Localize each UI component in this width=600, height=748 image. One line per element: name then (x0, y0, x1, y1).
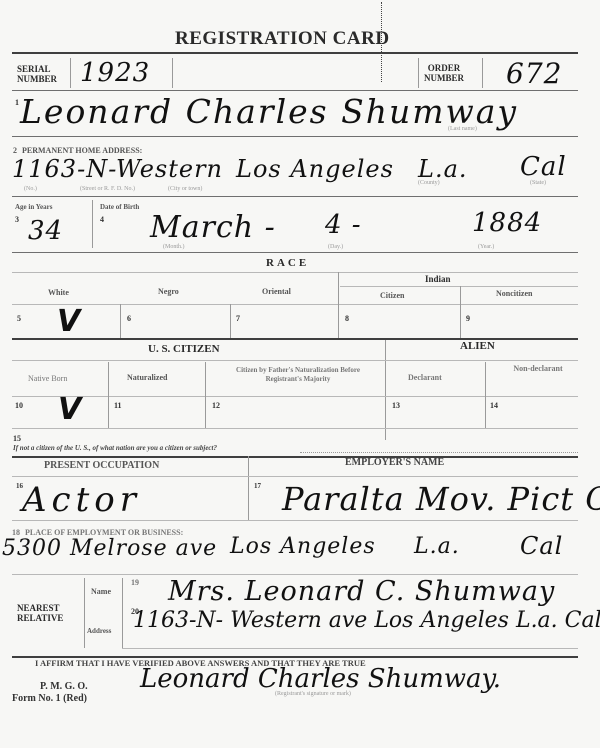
divider (70, 58, 71, 88)
race-col-negro: Negro (158, 287, 179, 296)
divider (12, 456, 578, 458)
dob-day: 4 - (325, 210, 362, 240)
serial-label-line: NUMBER (17, 74, 57, 84)
form-footer: P. M. G. O. Form No. 1 (Red) (38, 681, 88, 705)
home-address-label: PERMANENT HOME ADDRESS: (22, 146, 142, 155)
fold-line (381, 2, 382, 82)
relative-name-value: Mrs. Leonard C. Shumway (168, 576, 555, 607)
occupation-value: Actor (22, 480, 141, 520)
alien-col-non-declarant: Non-declarant (508, 364, 568, 373)
field-number: 9 (466, 314, 470, 323)
citizen-col-by-father: Citizen by Father's Naturalization Befor… (218, 366, 378, 384)
registration-card: REGISTRATION CARD SERIAL NUMBER 1923 ORD… (0, 0, 600, 748)
field-number: 12 (212, 401, 220, 410)
card-title: REGISTRATION CARD (175, 28, 390, 50)
divider (12, 136, 578, 137)
us-citizen-heading: U. S. CITIZEN (148, 343, 220, 355)
field-number: 7 (236, 314, 240, 323)
divider (12, 90, 578, 91)
divider (12, 396, 578, 397)
field-number: 4 (100, 215, 104, 224)
field-number: 14 (490, 401, 498, 410)
alien-heading: ALIEN (460, 340, 495, 352)
home-address-county: L.a. (418, 155, 468, 183)
relative-name-label: Name (91, 587, 111, 596)
divider (418, 58, 419, 88)
nearest-relative-label-line: NEAREST (17, 603, 63, 613)
serial-label-line: SERIAL (17, 64, 57, 74)
divider (12, 52, 578, 54)
home-address-city: Los Angeles (236, 155, 394, 183)
relative-address-value: 1163-N- Western ave Los Angeles L.a. Cal (133, 608, 600, 633)
order-label-line: NUMBER (424, 73, 464, 83)
last-name-sublabel: (Last name) (448, 126, 477, 132)
relative-address-label: Address (87, 627, 111, 635)
registrant-signature: Leonard Charles Shumway. (140, 664, 501, 694)
divider (205, 362, 206, 428)
serial-number-label: SERIAL NUMBER (17, 64, 57, 84)
divider (338, 272, 339, 338)
divider (108, 362, 109, 428)
indian-heading: Indian (425, 274, 451, 284)
field-number: 13 (392, 401, 400, 410)
home-address-street: 1163-N-Western (12, 155, 223, 183)
order-number-value: 672 (506, 57, 562, 90)
divider (12, 574, 578, 575)
age-label: Age in Years (15, 203, 52, 211)
dob-year: 1884 (472, 208, 542, 238)
field-number: 17 (254, 482, 261, 490)
footer-line: Form No. 1 (Red) (12, 693, 88, 705)
field-number: 10 (15, 401, 23, 410)
employment-state: Cal (520, 532, 563, 560)
divider (12, 428, 578, 429)
registrant-name: Leonard Charles Shumway (20, 92, 518, 131)
divider (122, 648, 578, 649)
divider (172, 58, 173, 88)
dob-label: Date of Birth (100, 203, 139, 211)
field-number: 6 (127, 314, 131, 323)
signature-sublabel: (Registrant's signature or mark) (275, 691, 351, 697)
sublabel: (Month.) (163, 244, 185, 250)
age-value: 34 (28, 216, 63, 246)
footer-line: P. M. G. O. (38, 681, 88, 693)
sublabel: (Year.) (478, 244, 494, 250)
home-address-state: Cal (520, 152, 567, 182)
order-number-label: ORDER NUMBER (424, 63, 464, 83)
sublabel: (County) (418, 180, 440, 186)
sublabel: (Street or R. F. D. No.) (80, 186, 135, 192)
field-number: 15 (13, 434, 21, 443)
order-label-line: ORDER (424, 63, 464, 73)
scan-artifact (529, 0, 600, 3)
divider (122, 578, 123, 648)
field-number: 19 (131, 578, 139, 587)
divider (230, 304, 231, 338)
citizen-col-native-born: Native Born (28, 374, 67, 383)
sublabel: (Day.) (328, 244, 343, 250)
sublabel: (State) (530, 180, 546, 186)
employer-heading: EMPLOYER'S NAME (345, 457, 444, 468)
field-number: 8 (345, 314, 349, 323)
field-number: 5 (17, 314, 21, 323)
native-born-checkmark: V (58, 392, 82, 427)
divider (248, 456, 249, 520)
citizen-col-naturalized: Naturalized (127, 373, 167, 382)
employment-county: L.a. (414, 534, 460, 559)
nationality-answer-line (300, 452, 578, 453)
employer-value: Paralta Mov. Pict Co. (282, 480, 600, 518)
divider (12, 252, 578, 253)
sublabel: (No.) (24, 186, 37, 192)
divider (12, 520, 578, 521)
race-col-indian-noncitizen: Noncitizen (496, 289, 532, 298)
divider (12, 272, 578, 273)
field-number: 2 (13, 146, 17, 155)
divider (482, 58, 483, 88)
race-white-checkmark: V (57, 304, 81, 339)
race-col-oriental: Oriental (262, 287, 291, 296)
divider (485, 362, 486, 428)
serial-number-value: 1923 (80, 58, 150, 88)
field-number: 11 (114, 401, 122, 410)
sublabel: (City or town) (168, 186, 202, 192)
nationality-question: If not a citizen of the U. S., of what n… (13, 444, 217, 452)
divider (460, 286, 461, 338)
divider (84, 578, 85, 648)
dob-month: March - (150, 210, 276, 245)
occupation-heading: PRESENT OCCUPATION (44, 460, 159, 471)
alien-col-declarant: Declarant (408, 373, 442, 382)
employment-city: Los Angeles (230, 534, 376, 559)
divider (340, 286, 578, 287)
field-number: 3 (15, 215, 19, 224)
divider (120, 304, 121, 338)
divider (12, 476, 578, 477)
divider (12, 360, 578, 361)
divider (92, 200, 93, 248)
divider (12, 304, 578, 305)
race-heading: RACE (266, 257, 309, 269)
race-col-white: White (48, 288, 69, 297)
divider (12, 196, 578, 197)
field-number: 1 (15, 98, 19, 107)
divider (385, 340, 386, 440)
race-col-indian-citizen: Citizen (380, 291, 404, 300)
nearest-relative-label-line: RELATIVE (17, 613, 63, 623)
nearest-relative-label: NEAREST RELATIVE (17, 603, 63, 623)
employment-street: 5300 Melrose ave (2, 536, 217, 561)
